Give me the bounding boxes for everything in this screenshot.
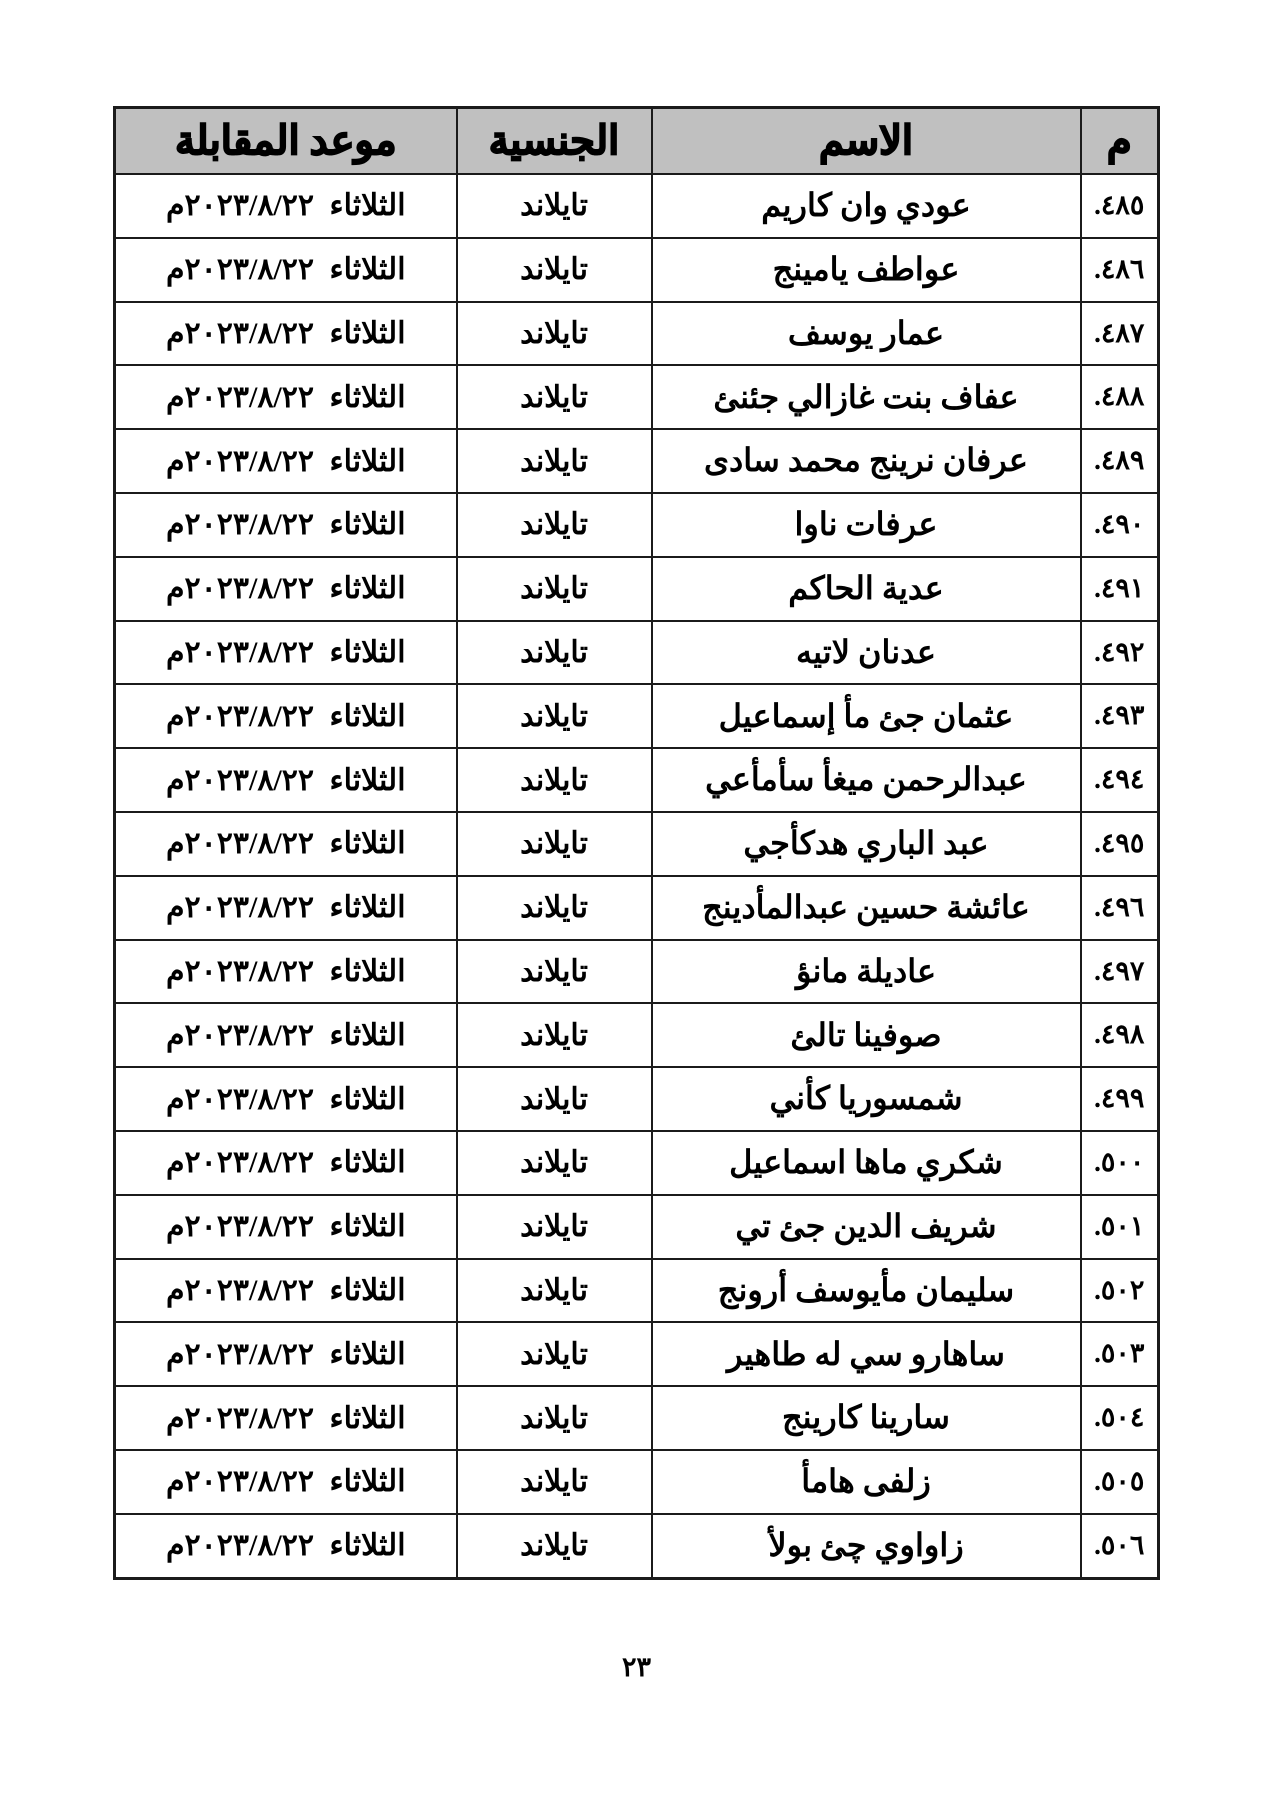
table-row: ٤٩٦. عائشة حسين عبدالمأدينج تايلاند الثل… [115, 876, 1159, 940]
nationality-cell: تايلاند [457, 1386, 652, 1450]
row-number-cell: ٤٩٠. [1081, 493, 1159, 557]
interview-date-cell: الثلاثاء ٢٠٢٣/٨/٢٢م [115, 621, 457, 685]
header-nationality: الجنسية [457, 108, 652, 175]
table-body: ٤٨٥. عودي وان كاريم تايلاند الثلاثاء ٢٠٢… [115, 174, 1159, 1579]
nationality-cell: تايلاند [457, 812, 652, 876]
row-number-cell: ٤٨٥. [1081, 174, 1159, 238]
interview-date-cell: الثلاثاء ٢٠٢٣/٨/٢٢م [115, 876, 457, 940]
page-number: ٢٣ [0, 1652, 1273, 1683]
name-cell: عبد الباري هدكأجي [652, 812, 1081, 876]
row-number-cell: ٤٨٧. [1081, 302, 1159, 366]
name-cell: عدية الحاكم [652, 557, 1081, 621]
nationality-cell: تايلاند [457, 365, 652, 429]
name-cell: عرفات ناوا [652, 493, 1081, 557]
table-row: ٥٠٤. سارينا كارينج تايلاند الثلاثاء ٢٠٢٣… [115, 1386, 1159, 1450]
interview-date-cell: الثلاثاء ٢٠٢٣/٨/٢٢م [115, 1131, 457, 1195]
name-cell: عواطف يامينج [652, 238, 1081, 302]
table-row: ٤٩١. عدية الحاكم تايلاند الثلاثاء ٢٠٢٣/٨… [115, 557, 1159, 621]
name-cell: عفاف بنت غازالي جئنئ [652, 365, 1081, 429]
row-number-cell: ٤٨٨. [1081, 365, 1159, 429]
nationality-cell: تايلاند [457, 557, 652, 621]
row-number-cell: ٤٩٧. [1081, 940, 1159, 1004]
table-row: ٤٩٧. عاديلة مانؤ تايلاند الثلاثاء ٢٠٢٣/٨… [115, 940, 1159, 1004]
table-row: ٥٠١. شريف الدين جئ تي تايلاند الثلاثاء ٢… [115, 1195, 1159, 1259]
row-number-cell: ٤٩١. [1081, 557, 1159, 621]
interview-date-cell: الثلاثاء ٢٠٢٣/٨/٢٢م [115, 1195, 457, 1259]
table-row: ٥٠٢. سليمان مأيوسف أرونج تايلاند الثلاثا… [115, 1259, 1159, 1323]
table-row: ٤٩٥. عبد الباري هدكأجي تايلاند الثلاثاء … [115, 812, 1159, 876]
interview-date-cell: الثلاثاء ٢٠٢٣/٨/٢٢م [115, 557, 457, 621]
document-page: م الاسم الجنسية موعد المقابلة ٤٨٥. عودي … [0, 0, 1273, 1800]
interview-date-cell: الثلاثاء ٢٠٢٣/٨/٢٢م [115, 1386, 457, 1450]
row-number-cell: ٤٨٩. [1081, 429, 1159, 493]
nationality-cell: تايلاند [457, 302, 652, 366]
row-number-cell: ٤٩٥. [1081, 812, 1159, 876]
nationality-cell: تايلاند [457, 1131, 652, 1195]
table-row: ٤٩٢. عدنان لاتيه تايلاند الثلاثاء ٢٠٢٣/٨… [115, 621, 1159, 685]
header-name: الاسم [652, 108, 1081, 175]
interview-date-cell: الثلاثاء ٢٠٢٣/٨/٢٢م [115, 302, 457, 366]
row-number-cell: ٤٩٨. [1081, 1003, 1159, 1067]
interview-date-cell: الثلاثاء ٢٠٢٣/٨/٢٢م [115, 238, 457, 302]
nationality-cell: تايلاند [457, 684, 652, 748]
table-row: ٥٠٣. ساهارو سي له طاهير تايلاند الثلاثاء… [115, 1322, 1159, 1386]
interview-date-cell: الثلاثاء ٢٠٢٣/٨/٢٢م [115, 812, 457, 876]
name-cell: شكري ماها اسماعيل [652, 1131, 1081, 1195]
nationality-cell: تايلاند [457, 1322, 652, 1386]
table-row: ٥٠٠. شكري ماها اسماعيل تايلاند الثلاثاء … [115, 1131, 1159, 1195]
nationality-cell: تايلاند [457, 748, 652, 812]
interview-date-cell: الثلاثاء ٢٠٢٣/٨/٢٢م [115, 940, 457, 1004]
name-cell: عائشة حسين عبدالمأدينج [652, 876, 1081, 940]
row-number-cell: ٥٠٤. [1081, 1386, 1159, 1450]
table-row: ٤٩٣. عثمان جئ مأ إسماعيل تايلاند الثلاثا… [115, 684, 1159, 748]
table-header: م الاسم الجنسية موعد المقابلة [115, 108, 1159, 175]
name-cell: عمار يوسف [652, 302, 1081, 366]
nationality-cell: تايلاند [457, 429, 652, 493]
interview-schedule-table: م الاسم الجنسية موعد المقابلة ٤٨٥. عودي … [113, 106, 1160, 1580]
interview-date-cell: الثلاثاء ٢٠٢٣/٨/٢٢م [115, 1259, 457, 1323]
row-number-cell: ٥٠٢. [1081, 1259, 1159, 1323]
name-cell: عبدالرحمن ميغأ سأمأعي [652, 748, 1081, 812]
row-number-cell: ٤٩٣. [1081, 684, 1159, 748]
interview-date-cell: الثلاثاء ٢٠٢٣/٨/٢٢م [115, 1322, 457, 1386]
row-number-cell: ٥٠٥. [1081, 1450, 1159, 1514]
table-row: ٤٩٠. عرفات ناوا تايلاند الثلاثاء ٢٠٢٣/٨/… [115, 493, 1159, 557]
table-row: ٥٠٥. زلفى هامأ تايلاند الثلاثاء ٢٠٢٣/٨/٢… [115, 1450, 1159, 1514]
row-number-cell: ٤٩٦. [1081, 876, 1159, 940]
interview-date-cell: الثلاثاء ٢٠٢٣/٨/٢٢م [115, 1514, 457, 1579]
nationality-cell: تايلاند [457, 493, 652, 557]
interview-date-cell: الثلاثاء ٢٠٢٣/٨/٢٢م [115, 493, 457, 557]
name-cell: عودي وان كاريم [652, 174, 1081, 238]
nationality-cell: تايلاند [457, 1195, 652, 1259]
interview-date-cell: الثلاثاء ٢٠٢٣/٨/٢٢م [115, 365, 457, 429]
row-number-cell: ٥٠٠. [1081, 1131, 1159, 1195]
nationality-cell: تايلاند [457, 1450, 652, 1514]
header-row: م الاسم الجنسية موعد المقابلة [115, 108, 1159, 175]
nationality-cell: تايلاند [457, 1259, 652, 1323]
nationality-cell: تايلاند [457, 1003, 652, 1067]
table-row: ٤٩٨. صوفينا تالئ تايلاند الثلاثاء ٢٠٢٣/٨… [115, 1003, 1159, 1067]
name-cell: شريف الدين جئ تي [652, 1195, 1081, 1259]
nationality-cell: تايلاند [457, 621, 652, 685]
table-row: ٤٨٥. عودي وان كاريم تايلاند الثلاثاء ٢٠٢… [115, 174, 1159, 238]
name-cell: سارينا كارينج [652, 1386, 1081, 1450]
name-cell: صوفينا تالئ [652, 1003, 1081, 1067]
name-cell: عدنان لاتيه [652, 621, 1081, 685]
interview-date-cell: الثلاثاء ٢٠٢٣/٨/٢٢م [115, 174, 457, 238]
row-number-cell: ٥٠٣. [1081, 1322, 1159, 1386]
row-number-cell: ٤٨٦. [1081, 238, 1159, 302]
interview-date-cell: الثلاثاء ٢٠٢٣/٨/٢٢م [115, 748, 457, 812]
table-row: ٤٩٤. عبدالرحمن ميغأ سأمأعي تايلاند الثلا… [115, 748, 1159, 812]
row-number-cell: ٤٩٩. [1081, 1067, 1159, 1131]
name-cell: عاديلة مانؤ [652, 940, 1081, 1004]
name-cell: عرفان نرينج محمد سادى [652, 429, 1081, 493]
table-row: ٤٨٧. عمار يوسف تايلاند الثلاثاء ٢٠٢٣/٨/٢… [115, 302, 1159, 366]
name-cell: عثمان جئ مأ إسماعيل [652, 684, 1081, 748]
name-cell: زاواوي چئ بولأ [652, 1514, 1081, 1579]
interview-date-cell: الثلاثاء ٢٠٢٣/٨/٢٢م [115, 1003, 457, 1067]
nationality-cell: تايلاند [457, 876, 652, 940]
table-row: ٤٨٨. عفاف بنت غازالي جئنئ تايلاند الثلاث… [115, 365, 1159, 429]
row-number-cell: ٥٠١. [1081, 1195, 1159, 1259]
row-number-cell: ٤٩٤. [1081, 748, 1159, 812]
interview-date-cell: الثلاثاء ٢٠٢٣/٨/٢٢م [115, 684, 457, 748]
table-row: ٥٠٦. زاواوي چئ بولأ تايلاند الثلاثاء ٢٠٢… [115, 1514, 1159, 1579]
table-row: ٤٨٩. عرفان نرينج محمد سادى تايلاند الثلا… [115, 429, 1159, 493]
interview-date-cell: الثلاثاء ٢٠٢٣/٨/٢٢م [115, 1067, 457, 1131]
header-interview-date: موعد المقابلة [115, 108, 457, 175]
row-number-cell: ٤٩٢. [1081, 621, 1159, 685]
nationality-cell: تايلاند [457, 940, 652, 1004]
interview-date-cell: الثلاثاء ٢٠٢٣/٨/٢٢م [115, 1450, 457, 1514]
table-row: ٤٨٦. عواطف يامينج تايلاند الثلاثاء ٢٠٢٣/… [115, 238, 1159, 302]
nationality-cell: تايلاند [457, 238, 652, 302]
nationality-cell: تايلاند [457, 1067, 652, 1131]
name-cell: زلفى هامأ [652, 1450, 1081, 1514]
row-number-cell: ٥٠٦. [1081, 1514, 1159, 1579]
name-cell: سليمان مأيوسف أرونج [652, 1259, 1081, 1323]
interview-date-cell: الثلاثاء ٢٠٢٣/٨/٢٢م [115, 429, 457, 493]
table-row: ٤٩٩. شمسوريا كأني تايلاند الثلاثاء ٢٠٢٣/… [115, 1067, 1159, 1131]
nationality-cell: تايلاند [457, 1514, 652, 1579]
name-cell: شمسوريا كأني [652, 1067, 1081, 1131]
name-cell: ساهارو سي له طاهير [652, 1322, 1081, 1386]
header-no: م [1081, 108, 1159, 175]
nationality-cell: تايلاند [457, 174, 652, 238]
